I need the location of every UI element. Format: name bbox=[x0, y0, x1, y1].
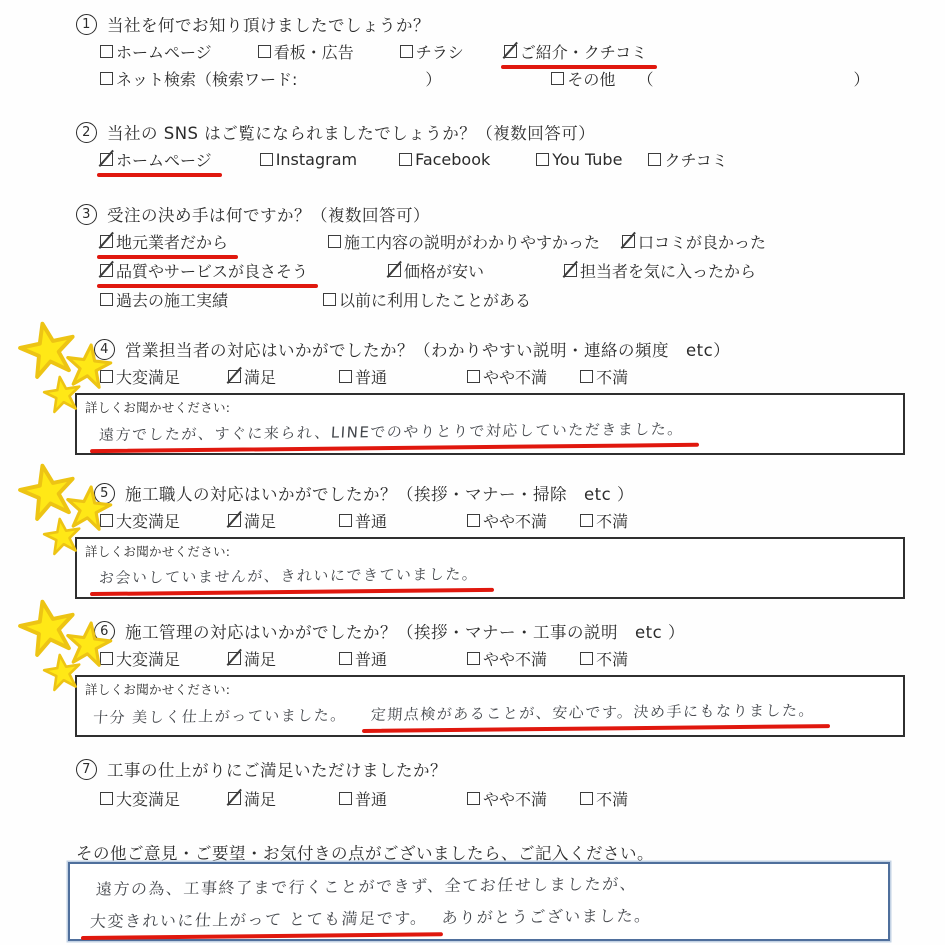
q6-rating-normal[interactable]: 普通 bbox=[339, 647, 387, 670]
q1-option-signboard-ad[interactable]: 看板・広告 bbox=[258, 40, 354, 63]
option-label: Instagram bbox=[276, 150, 357, 169]
question-3-header: 3 受注の決め手は何ですか？（複数回答可） bbox=[76, 202, 430, 226]
option-label: 施工内容の説明がわかりやすかった bbox=[344, 230, 600, 253]
q2-option-facebook[interactable]: Facebook bbox=[399, 150, 490, 169]
q7-rating-dissatisfied[interactable]: 不満 bbox=[580, 787, 628, 810]
comment-box-label: 詳しくお聞かせください: bbox=[85, 542, 230, 560]
question-6-header: 6 施工管理の対応はいかがでしたか？（挨拶・マナー・工事の説明 etc ） bbox=[94, 619, 685, 643]
option-label: 大変満足 bbox=[116, 647, 180, 670]
q2-option-word-of-mouth[interactable]: クチコミ bbox=[648, 148, 727, 171]
q4-ratings-row: 大変満足 満足 普通 やや不満 不満 bbox=[100, 365, 628, 388]
question-3-number: 3 bbox=[76, 204, 97, 225]
q1-option-other[interactable]: その他 bbox=[551, 67, 615, 90]
option-label: 満足 bbox=[244, 509, 276, 532]
checkbox[interactable] bbox=[228, 514, 241, 527]
checkbox[interactable] bbox=[100, 293, 113, 306]
q3-option-clear-explanation[interactable]: 施工内容の説明がわかりやすかった bbox=[328, 230, 600, 253]
checkbox[interactable] bbox=[339, 514, 352, 527]
q6-ratings-row: 大変満足 満足 普通 やや不満 不満 bbox=[100, 647, 628, 670]
question-2-title: 当社の SNS はご覧になられましたでしょうか？（複数回答可） bbox=[107, 120, 595, 144]
option-label: ホームページ bbox=[116, 40, 212, 63]
close-paren: ） bbox=[425, 67, 441, 90]
question-2-header: 2 当社の SNS はご覧になられましたでしょうか？（複数回答可） bbox=[76, 120, 595, 144]
other-comment-line2: 大変きれいに仕上がって とても満足です。ありがとうございました。 bbox=[89, 903, 652, 932]
q1-option-flyer[interactable]: チラシ bbox=[400, 40, 464, 63]
q3-options-row2: 品質やサービスが良さそう 価格が安い 担当者を気に入ったから bbox=[100, 259, 756, 282]
q3-options-row3: 過去の施工実績 以前に利用したことがある bbox=[100, 288, 531, 311]
q1-options-row1: ホームページ 看板・広告 チラシ ご紹介・クチコミ bbox=[100, 40, 647, 63]
close-paren: ） bbox=[853, 67, 869, 90]
question-2-number: 2 bbox=[76, 122, 97, 143]
option-label: 不満 bbox=[596, 647, 628, 670]
option-label: 過去の施工実績 bbox=[116, 288, 228, 311]
option-label: 地元業者だから bbox=[116, 230, 228, 253]
q1-option-homepage[interactable]: ホームページ bbox=[100, 40, 212, 63]
checkbox[interactable] bbox=[400, 45, 413, 58]
checkbox[interactable] bbox=[323, 293, 336, 306]
q2-option-homepage[interactable]: ホームページ bbox=[100, 148, 212, 171]
q7-rating-satisfied[interactable]: 満足 bbox=[228, 787, 276, 810]
q7-rating-normal[interactable]: 普通 bbox=[339, 787, 387, 810]
option-label: その他 bbox=[567, 67, 615, 90]
q5-rating-very-satisfied[interactable]: 大変満足 bbox=[100, 509, 180, 532]
option-label: 普通 bbox=[355, 787, 387, 810]
question-7-number: 7 bbox=[76, 759, 97, 780]
q3-option-local-business[interactable]: 地元業者だから bbox=[100, 230, 228, 253]
option-label: Facebook bbox=[415, 150, 490, 169]
question-7-header: 7 工事の仕上がりにご満足いただけましたか？ bbox=[76, 757, 447, 781]
option-label: 担当者を気に入ったから bbox=[580, 259, 756, 282]
option-label: 満足 bbox=[244, 787, 276, 810]
checkbox[interactable] bbox=[622, 235, 635, 248]
option-label: 不満 bbox=[596, 787, 628, 810]
question-5-header: 5 施工職人の対応はいかがでしたか？（挨拶・マナー・掃除 etc ） bbox=[94, 481, 634, 505]
option-label: クチコミ bbox=[664, 148, 727, 171]
q3-option-used-before[interactable]: 以前に利用したことがある bbox=[323, 288, 531, 311]
checkbox[interactable] bbox=[580, 514, 593, 527]
q7-rating-very-satisfied[interactable]: 大変満足 bbox=[100, 787, 180, 810]
checkbox[interactable] bbox=[648, 153, 661, 166]
question-6-number: 6 bbox=[94, 621, 115, 642]
option-label: やや不満 bbox=[483, 787, 547, 810]
q7-rating-somewhat-dissatisfied[interactable]: やや不満 bbox=[467, 787, 547, 810]
q1-options-row2: ネット検索（検索ワード: ） その他 （ ） bbox=[100, 67, 869, 90]
checkbox[interactable] bbox=[339, 792, 352, 805]
question-6-title: 施工管理の対応はいかがでしたか？（挨拶・マナー・工事の説明 etc ） bbox=[125, 619, 685, 643]
checkbox[interactable] bbox=[467, 652, 480, 665]
star-icon bbox=[15, 595, 81, 661]
checkbox[interactable] bbox=[258, 45, 271, 58]
option-label: 普通 bbox=[355, 647, 387, 670]
checkbox[interactable] bbox=[580, 652, 593, 665]
option-label: ご紹介・クチコミ bbox=[520, 40, 647, 63]
comment-box-label: 詳しくお聞かせください: bbox=[85, 680, 230, 698]
survey-scan-page: 1 当社を何でお知り頂けましたでしょうか？ ホームページ 看板・広告 チラシ ご… bbox=[0, 0, 945, 945]
q5-ratings-row: 大変満足 満足 普通 やや不満 不満 bbox=[100, 509, 628, 532]
option-label: やや不満 bbox=[483, 509, 547, 532]
q3-option-quality-service[interactable]: 品質やサービスが良さそう bbox=[100, 259, 308, 282]
option-label: 大変満足 bbox=[116, 509, 180, 532]
option-label: 看板・広告 bbox=[274, 40, 354, 63]
option-label: 不満 bbox=[596, 509, 628, 532]
question-4-header: 4 営業担当者の対応はいかがでしたか？（わかりやすい説明・連絡の頻度 etc） bbox=[94, 337, 730, 361]
open-paren: （ bbox=[637, 67, 653, 90]
q4-handwritten-comment: 遠方でしたが、すぐに来られ、LINEでのやりとりで対応していただきました。 bbox=[98, 418, 684, 445]
q6-rating-dissatisfied[interactable]: 不満 bbox=[580, 647, 628, 670]
checkbox[interactable] bbox=[228, 370, 241, 383]
q4-rating-dissatisfied[interactable]: 不満 bbox=[580, 365, 628, 388]
checkbox[interactable] bbox=[100, 235, 113, 248]
option-label: 品質やサービスが良さそう bbox=[116, 259, 308, 282]
q3-option-cheap-price[interactable]: 価格が安い bbox=[388, 259, 484, 282]
q2-option-youtube[interactable]: You Tube bbox=[536, 150, 622, 169]
q6-handwritten-comment: 十分 美しく仕上がっていました。定期点検があることが、安心です。決め手にもなりま… bbox=[92, 699, 815, 728]
q3-options-row1: 地元業者だから 施工内容の説明がわかりやすかった 口コミが良かった bbox=[100, 230, 766, 253]
star-icon bbox=[15, 317, 81, 383]
checkbox[interactable] bbox=[228, 792, 241, 805]
option-label: やや不満 bbox=[483, 647, 547, 670]
checkbox[interactable] bbox=[504, 45, 517, 58]
q4-comment-box[interactable]: 詳しくお聞かせください: 遠方でしたが、すぐに来られ、LINEでのやりとりで対応… bbox=[75, 393, 905, 455]
q5-rating-normal[interactable]: 普通 bbox=[339, 509, 387, 532]
q5-comment-box[interactable]: 詳しくお聞かせください: お会いしていませんが、きれいにできていました。 bbox=[75, 537, 905, 599]
option-label: 以前に利用したことがある bbox=[339, 288, 531, 311]
q6-rating-very-satisfied[interactable]: 大変満足 bbox=[100, 647, 180, 670]
q6-rating-somewhat-dissatisfied[interactable]: やや不満 bbox=[467, 647, 547, 670]
question-3-title: 受注の決め手は何ですか？（複数回答可） bbox=[107, 202, 430, 226]
checkbox[interactable] bbox=[580, 792, 593, 805]
question-4-number: 4 bbox=[94, 339, 115, 360]
other-comments-title: その他ご意見・ご要望・お気付きの点がございましたら、ご記入ください。 bbox=[76, 840, 654, 864]
checkbox[interactable] bbox=[339, 652, 352, 665]
checkbox[interactable] bbox=[228, 652, 241, 665]
checkbox[interactable] bbox=[388, 264, 401, 277]
q2-option-instagram[interactable]: Instagram bbox=[260, 150, 357, 169]
checkbox[interactable] bbox=[536, 153, 549, 166]
q5-rating-somewhat-dissatisfied[interactable]: やや不満 bbox=[467, 509, 547, 532]
question-7-title: 工事の仕上がりにご満足いただけましたか？ bbox=[107, 757, 447, 781]
q7-ratings-row: 大変満足 満足 普通 やや不満 不満 bbox=[100, 787, 628, 810]
checkbox[interactable] bbox=[100, 514, 113, 527]
checkbox[interactable] bbox=[100, 792, 113, 805]
q3-option-past-works[interactable]: 過去の施工実績 bbox=[100, 288, 228, 311]
option-label: やや不満 bbox=[483, 365, 547, 388]
checkbox[interactable] bbox=[339, 370, 352, 383]
question-1-header: 1 当社を何でお知り頂けましたでしょうか？ bbox=[76, 12, 430, 36]
q4-rating-normal[interactable]: 普通 bbox=[339, 365, 387, 388]
question-5-title: 施工職人の対応はいかがでしたか？（挨拶・マナー・掃除 etc ） bbox=[125, 481, 634, 505]
q5-rating-satisfied[interactable]: 満足 bbox=[228, 509, 276, 532]
q5-handwritten-comment: お会いしていませんが、きれいにできていました。 bbox=[98, 563, 479, 588]
other-comment-line1: 遠方の為、工事終了まで行くことができず、全てお任せしましたが、 bbox=[95, 871, 638, 900]
q4-rating-satisfied[interactable]: 満足 bbox=[228, 365, 276, 388]
q3-option-good-reviews[interactable]: 口コミが良かった bbox=[622, 230, 766, 253]
checkbox[interactable] bbox=[260, 153, 273, 166]
comment-box-label: 詳しくお聞かせください: bbox=[85, 398, 230, 416]
q4-rating-very-satisfied[interactable]: 大変満足 bbox=[100, 365, 180, 388]
checkbox[interactable] bbox=[564, 264, 577, 277]
q1-option-referral-word-of-mouth[interactable]: ご紹介・クチコミ bbox=[504, 40, 647, 63]
option-label: 満足 bbox=[244, 365, 276, 388]
option-label: 価格が安い bbox=[404, 259, 484, 282]
option-label: チラシ bbox=[416, 40, 464, 63]
option-label: 不満 bbox=[596, 365, 628, 388]
checkbox[interactable] bbox=[551, 72, 564, 85]
checkbox[interactable] bbox=[467, 370, 480, 383]
checkbox[interactable] bbox=[100, 652, 113, 665]
option-label: ホームページ bbox=[116, 148, 212, 171]
question-5-number: 5 bbox=[94, 483, 115, 504]
option-label: 口コミが良かった bbox=[638, 230, 766, 253]
q3-option-liked-representative[interactable]: 担当者を気に入ったから bbox=[564, 259, 756, 282]
option-label: 普通 bbox=[355, 365, 387, 388]
q6-rating-satisfied[interactable]: 満足 bbox=[228, 647, 276, 670]
q6-comment-box[interactable]: 詳しくお聞かせください: 十分 美しく仕上がっていました。定期点検があることが、… bbox=[75, 675, 905, 737]
checkbox[interactable] bbox=[100, 370, 113, 383]
checkbox[interactable] bbox=[467, 792, 480, 805]
q1-option-net-search[interactable]: ネット検索（検索ワード: bbox=[100, 67, 297, 90]
checkbox[interactable] bbox=[100, 72, 113, 85]
question-1-title: 当社を何でお知り頂けましたでしょうか？ bbox=[107, 12, 430, 36]
question-1-number: 1 bbox=[76, 14, 97, 35]
other-comments-box[interactable]: 遠方の為、工事終了まで行くことができず、全てお任せしましたが、 大変きれいに仕上… bbox=[68, 862, 890, 941]
option-label: 満足 bbox=[244, 647, 276, 670]
checkbox[interactable] bbox=[328, 235, 341, 248]
checkbox[interactable] bbox=[100, 153, 113, 166]
q2-options-row: ホームページ Instagram Facebook You Tube クチコミ bbox=[100, 148, 728, 171]
star-icon bbox=[15, 459, 81, 525]
checkbox[interactable] bbox=[399, 153, 412, 166]
checkbox[interactable] bbox=[467, 514, 480, 527]
q5-rating-dissatisfied[interactable]: 不満 bbox=[580, 509, 628, 532]
q4-rating-somewhat-dissatisfied[interactable]: やや不満 bbox=[467, 365, 547, 388]
option-label: 普通 bbox=[355, 509, 387, 532]
checkbox[interactable] bbox=[100, 264, 113, 277]
checkbox[interactable] bbox=[100, 45, 113, 58]
option-label: 大変満足 bbox=[116, 787, 180, 810]
option-label: ネット検索（検索ワード: bbox=[116, 67, 297, 90]
question-4-title: 営業担当者の対応はいかがでしたか？（わかりやすい説明・連絡の頻度 etc） bbox=[125, 337, 730, 361]
checkbox[interactable] bbox=[580, 370, 593, 383]
option-label: 大変満足 bbox=[116, 365, 180, 388]
option-label: You Tube bbox=[552, 150, 622, 169]
